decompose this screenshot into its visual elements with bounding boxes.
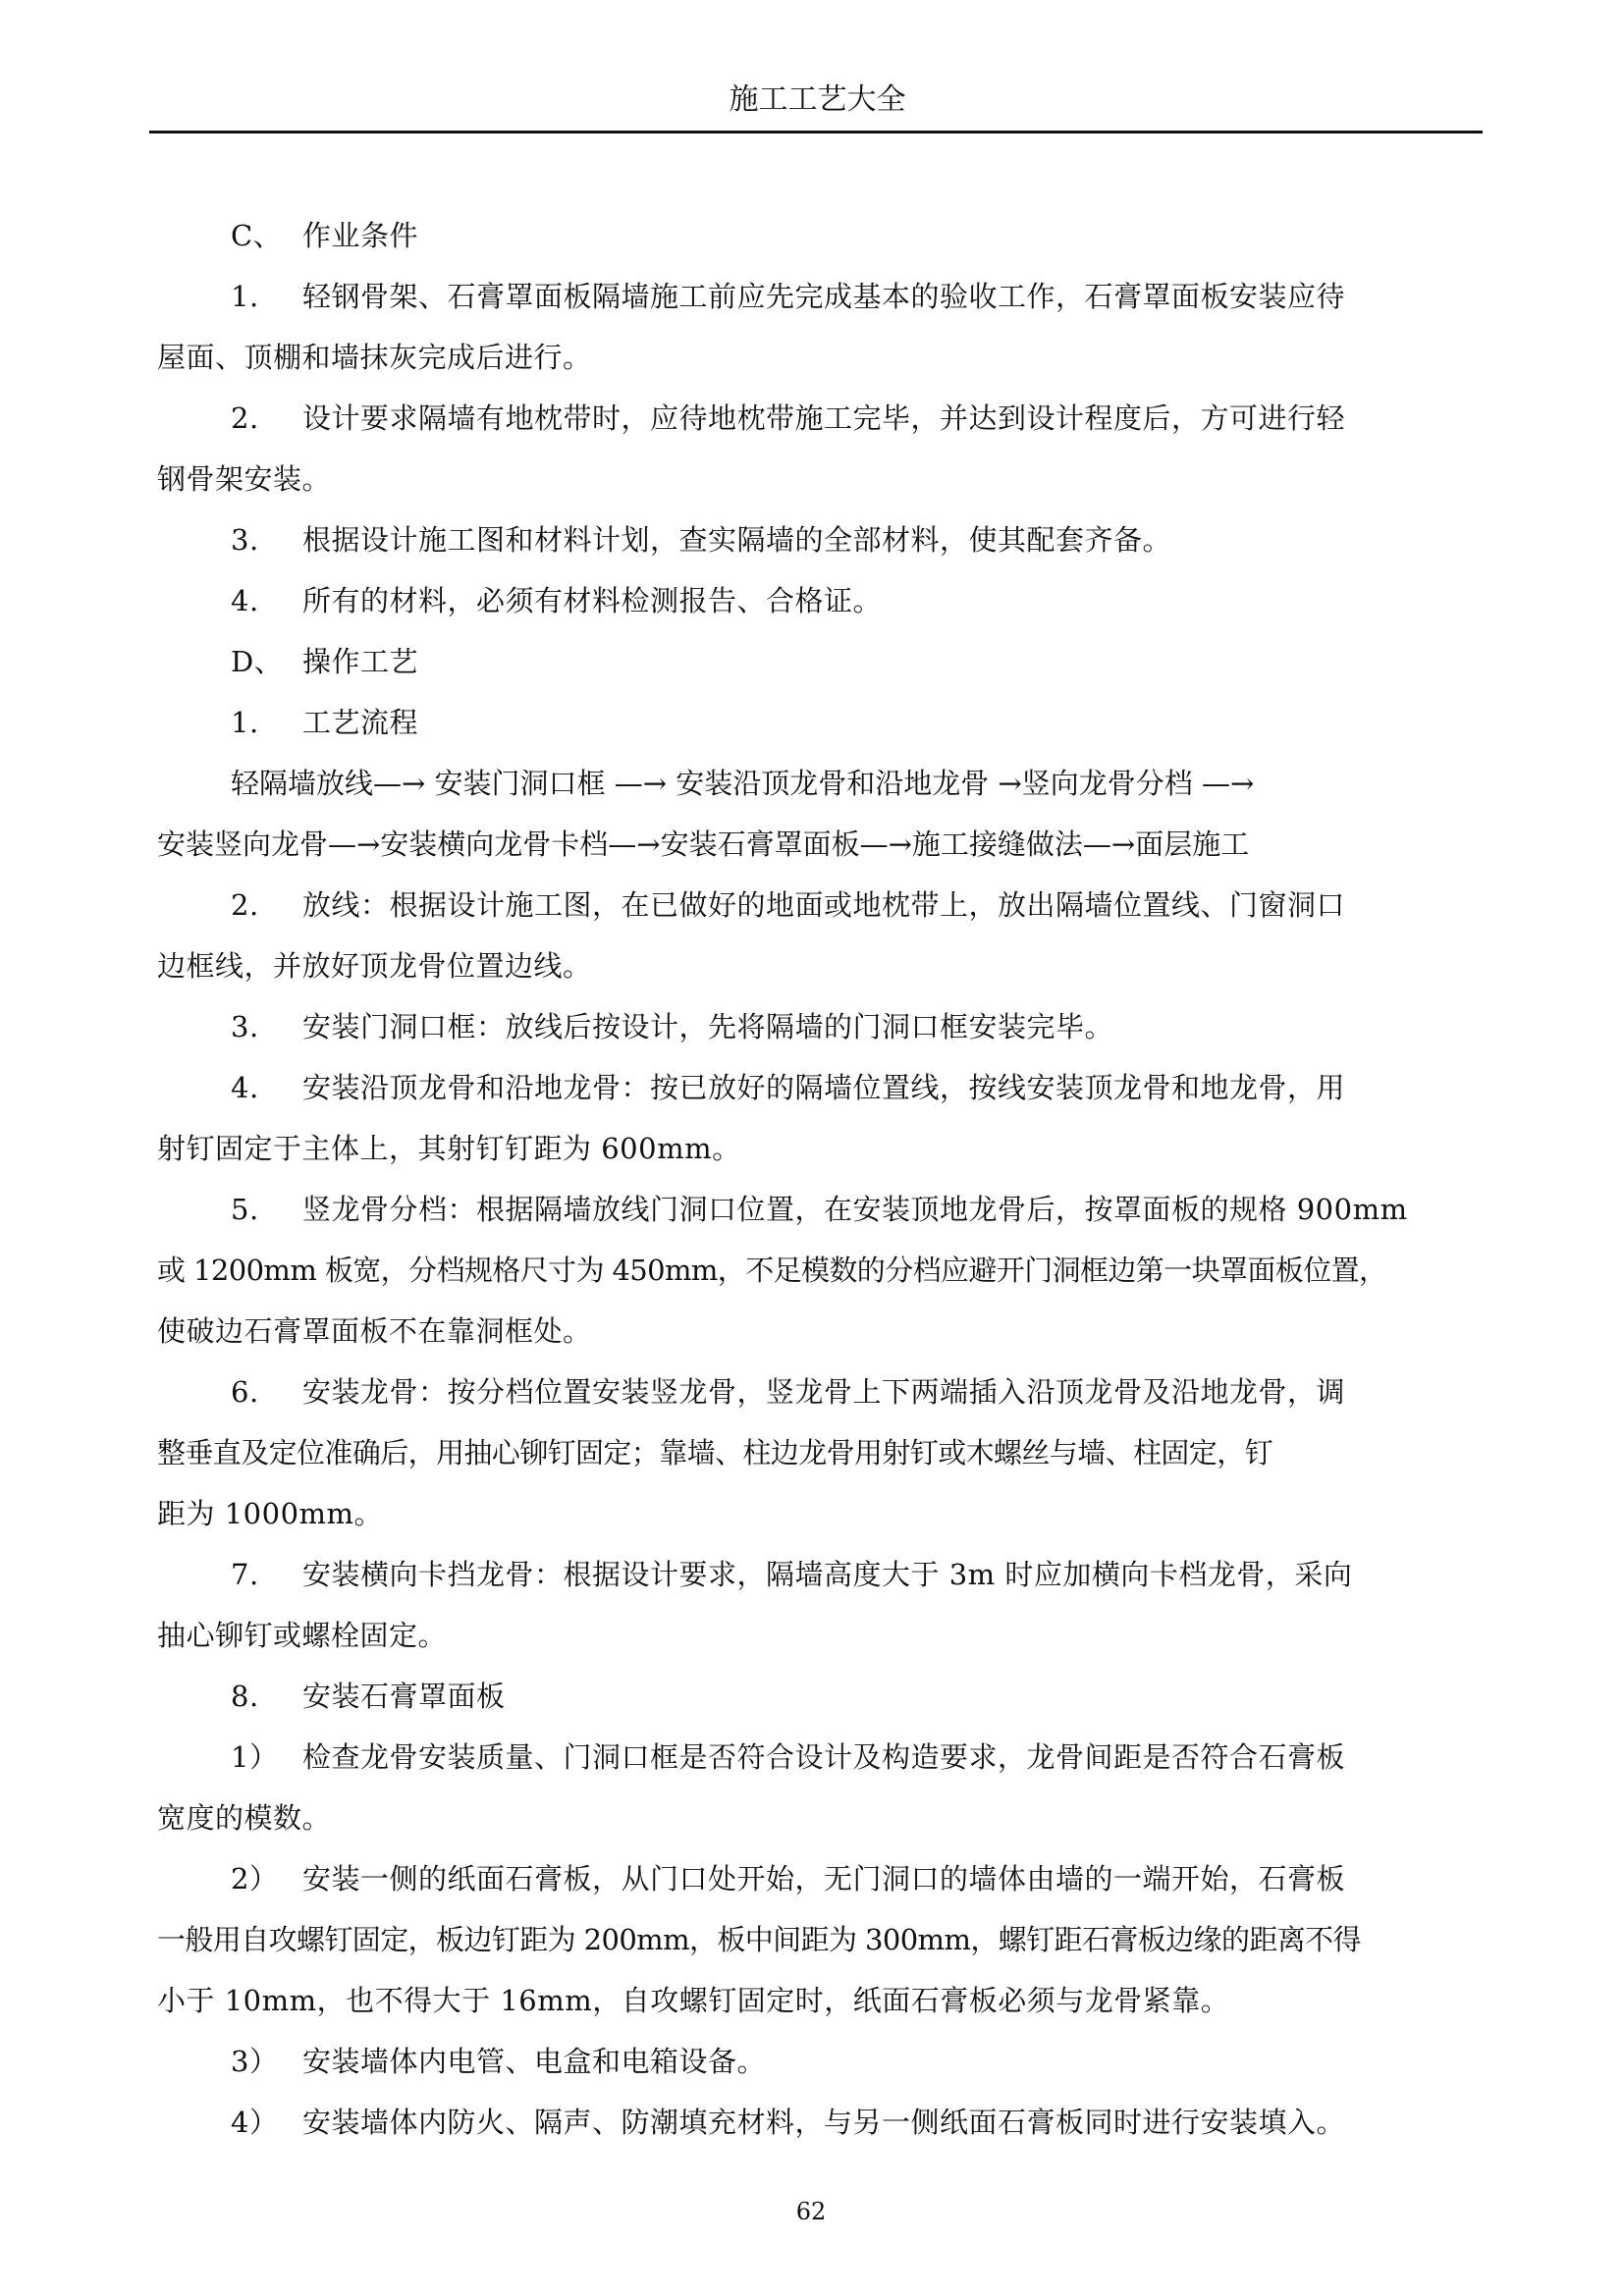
- section-heading-d: D、操作工艺: [157, 642, 1551, 681]
- paragraph-line: 或 1200mm 板宽，分档规格尺寸为 450mm，不足模数的分档应避开门洞框边…: [157, 1251, 1478, 1290]
- header-rule: [149, 131, 1483, 133]
- paragraph-line: 2.设计要求隔墙有地枕带时，应待地枕带施工完毕，并达到设计程度后，方可进行轻: [157, 399, 1551, 438]
- paragraph-line: 使破边石膏罩面板不在靠洞框处。: [157, 1311, 1478, 1351]
- paragraph-line: 3）安装墙体内电管、电盒和电箱设备。: [157, 2042, 1551, 2081]
- section-title: 操作工艺: [302, 645, 418, 678]
- paragraph-line: 4.安装沿顶龙骨和沿地龙骨：按已放好的隔墙位置线，按线安装顶龙骨和地龙骨，用: [157, 1068, 1551, 1107]
- section-title: 作业条件: [302, 219, 418, 252]
- paragraph-line: 6.安装龙骨：按分档位置安装竖龙骨，竖龙骨上下两端插入沿顶龙骨及沿地龙骨，调: [157, 1372, 1551, 1412]
- paragraph-line: 1）检查龙骨安装质量、门洞口框是否符合设计及构造要求，龙骨间距是否符合石膏板: [157, 1737, 1551, 1777]
- paragraph-line: 钢骨架安装。: [157, 459, 1478, 499]
- process-flow-line: 轻隔墙放线—→ 安装门洞口框 —→ 安装沿顶龙骨和沿地龙骨 →竖向龙骨分档 —→: [157, 764, 1551, 803]
- paragraph-line: 抽心铆钉或螺栓固定。: [157, 1616, 1478, 1655]
- paragraph-line: 整垂直及定位准确后，用抽心铆钉固定；靠墙、柱边龙骨用射钉或木螺丝与墙、柱固定，钉: [157, 1433, 1478, 1472]
- section-label: D、: [231, 642, 302, 681]
- paragraph-line: 1.轻钢骨架、石膏罩面板隔墙施工前应先完成基本的验收工作，石膏罩面板安装应待: [157, 277, 1551, 316]
- process-flow-line: 安装竖向龙骨—→安装横向龙骨卡档—→安装石膏罩面板—→施工接缝做法—→面层施工: [157, 825, 1478, 864]
- paragraph-line: 一般用自攻螺钉固定，板边钉距为 200mm，板中间距为 300mm，螺钉距石膏板…: [157, 1920, 1478, 1959]
- paragraph-line: 4.所有的材料，必须有材料检测报告、合格证。: [157, 581, 1551, 620]
- page-number: 62: [762, 2197, 860, 2226]
- paragraph-line: 射钉固定于主体上，其射钉钉距为 600mm。: [157, 1129, 1478, 1168]
- running-header: 施工工艺大全: [152, 80, 1483, 120]
- paragraph-line: 边框线，并放好顶龙骨位置边线。: [157, 946, 1478, 986]
- section-heading-c: C、作业条件: [157, 216, 1551, 255]
- paragraph-line: 3.根据设计施工图和材料计划，查实隔墙的全部材料，使其配套齐备。: [157, 520, 1551, 560]
- paragraph-line: 2）安装一侧的纸面石膏板，从门口处开始，无门洞口的墙体由墙的一端开始，石膏板: [157, 1859, 1551, 1898]
- paragraph-line: 2.放线：根据设计施工图，在已做好的地面或地枕带上，放出隔墙位置线、门窗洞口: [157, 885, 1551, 925]
- paragraph-line: 距为 1000mm。: [157, 1494, 1478, 1533]
- paragraph-line: 屋面、顶棚和墙抹灰完成后进行。: [157, 338, 1478, 377]
- section-label: C、: [231, 216, 302, 255]
- paragraph-line: 8.安装石膏罩面板: [157, 1677, 1551, 1716]
- paragraph-line: 5.竖龙骨分档：根据隔墙放线门洞口位置，在安装顶地龙骨后，按罩面板的规格 900…: [157, 1190, 1551, 1229]
- paragraph-line: 7.安装横向卡挡龙骨：根据设计要求，隔墙高度大于 3m 时应加横向卡档龙骨，采向: [157, 1555, 1551, 1594]
- paragraph-line: 3.安装门洞口框：放线后按设计，先将隔墙的门洞口框安装完毕。: [157, 1007, 1551, 1046]
- paragraph-line: 小于 10mm，也不得大于 16mm，自攻螺钉固定时，纸面石膏板必须与龙骨紧靠。: [157, 1981, 1478, 2020]
- paragraph-line: 4）安装墙体内防火、隔声、防潮填充材料，与另一侧纸面石膏板同时进行安装填入。: [157, 2103, 1551, 2142]
- paragraph-line: 宽度的模数。: [157, 1798, 1478, 1838]
- paragraph-line: 1.工艺流程: [157, 703, 1551, 742]
